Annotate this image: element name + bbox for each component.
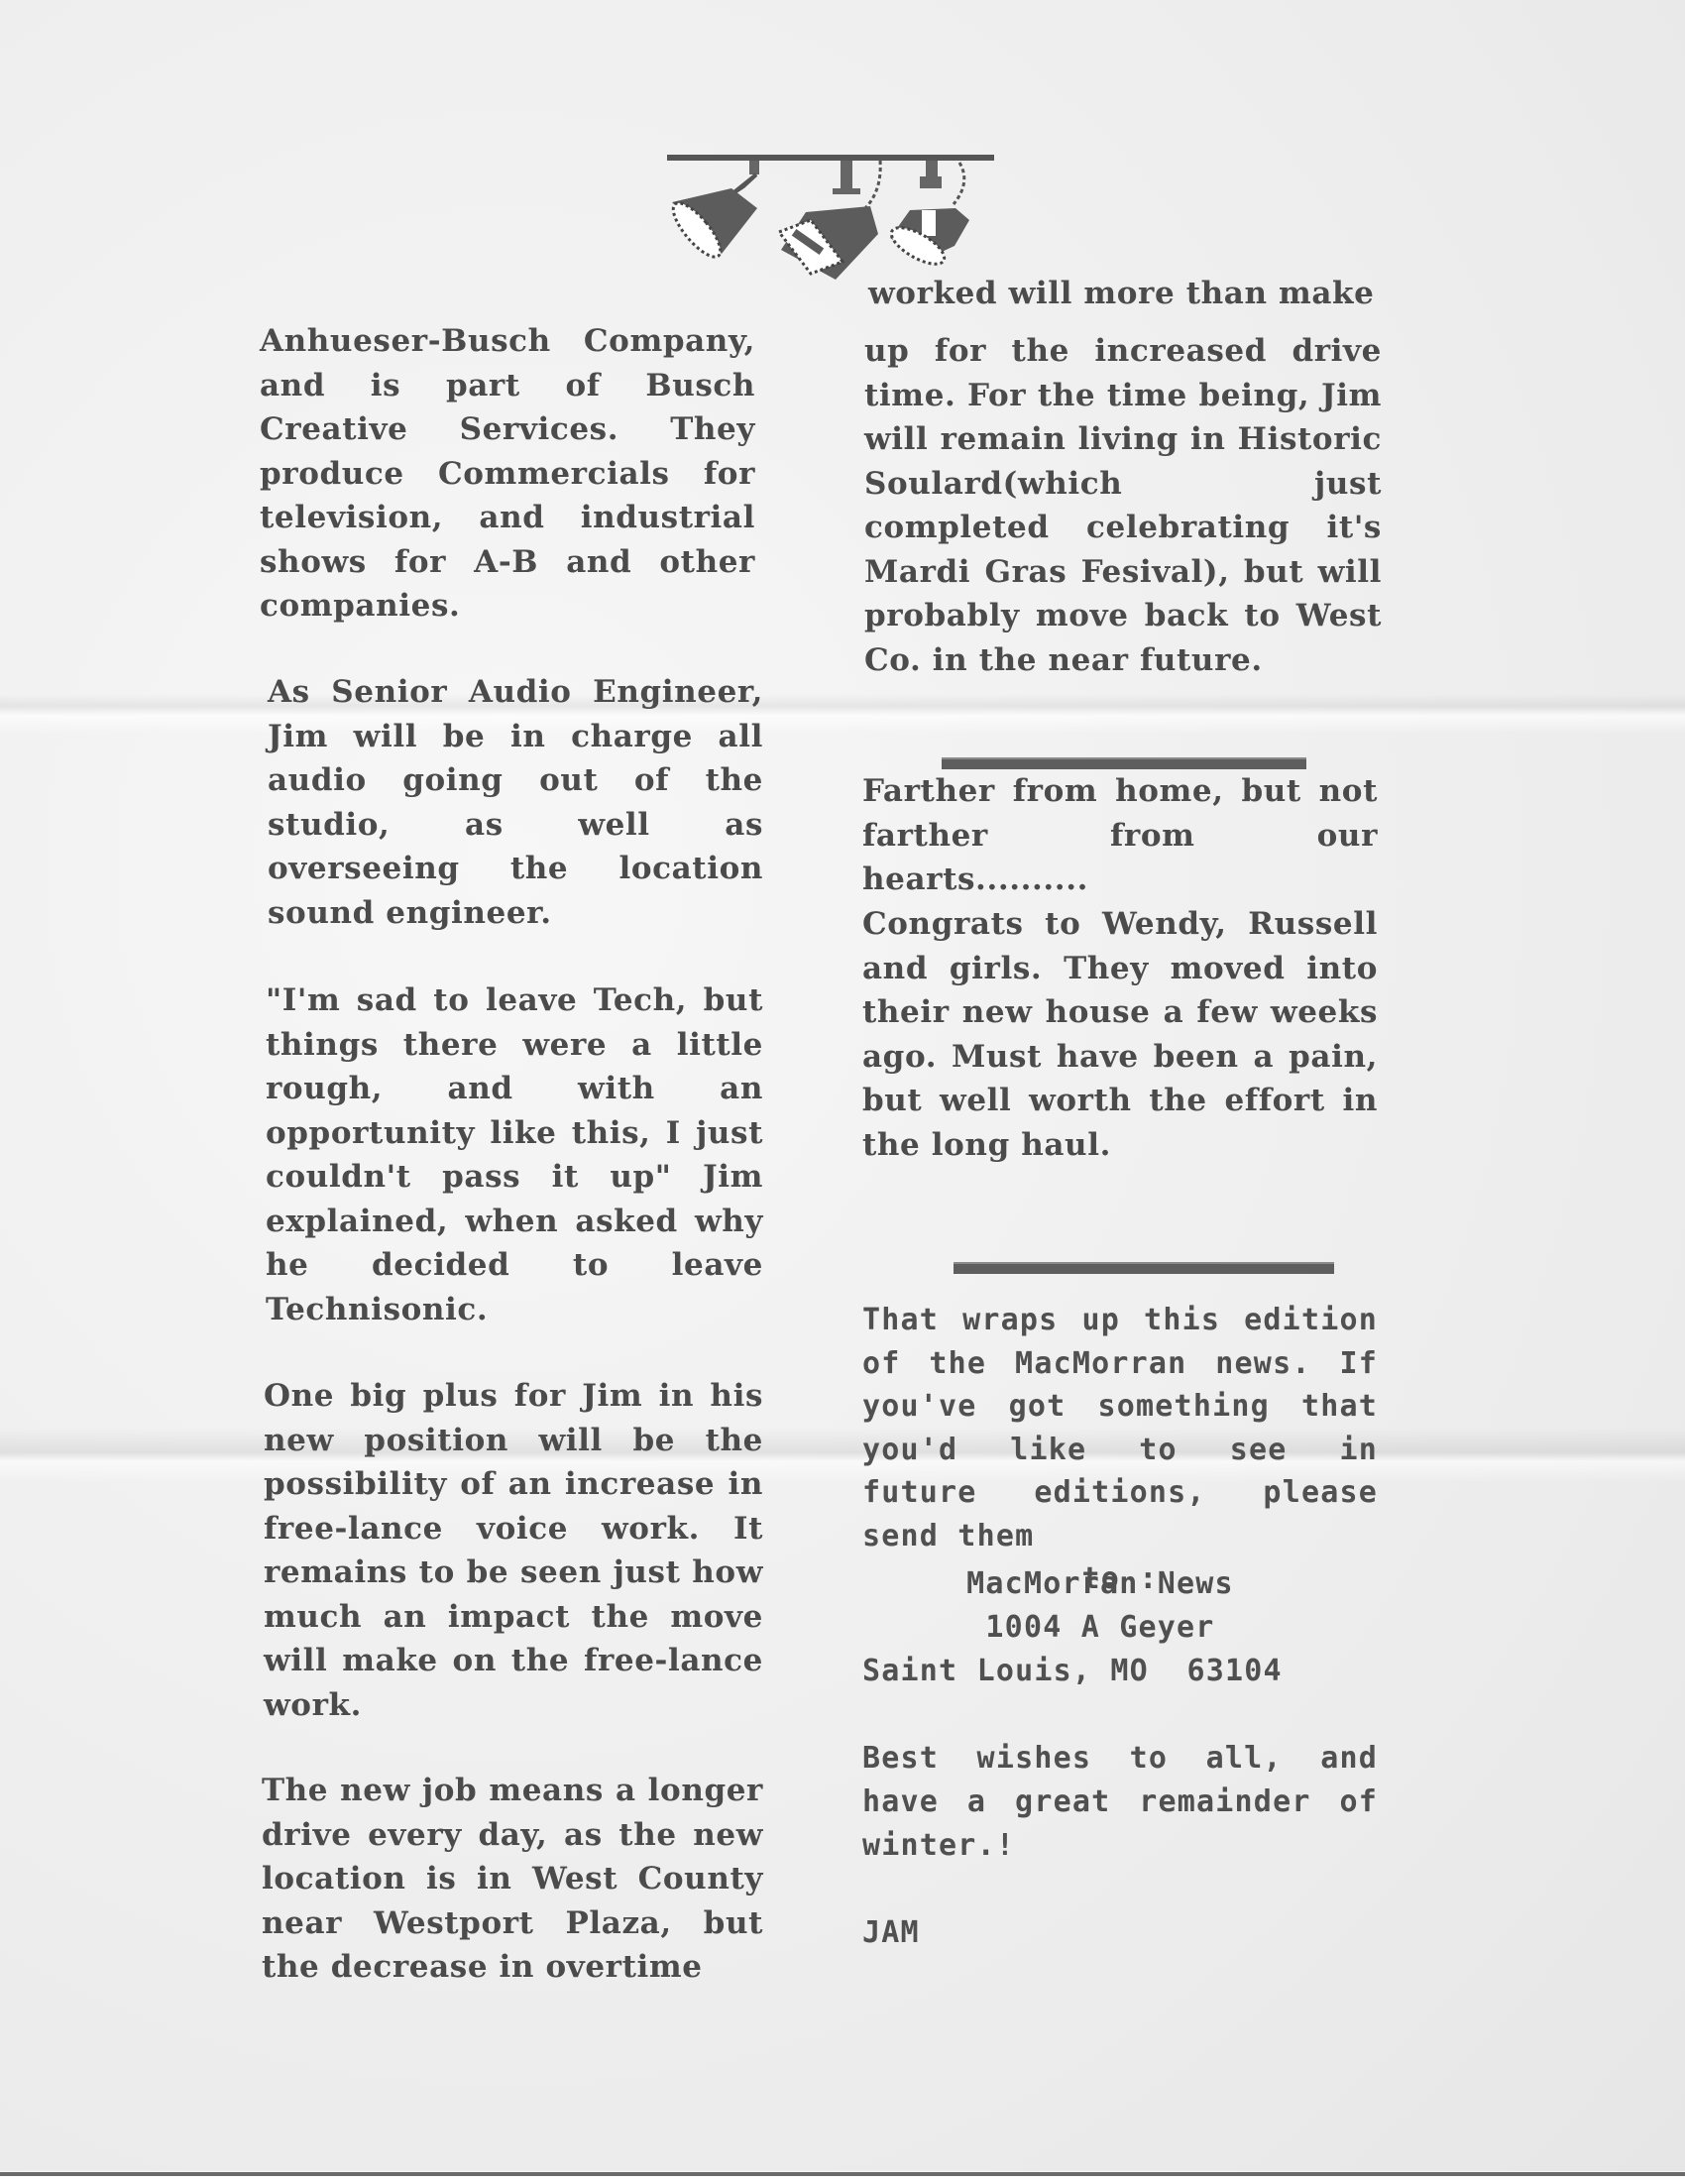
left-paragraph-1: Anhueser-Busch Company, and is part of B…	[260, 319, 755, 629]
left-paragraph-4: One big plus for Jim in his new position…	[264, 1374, 763, 1727]
mailing-address: MacMorran News 1004 A Geyer Saint Louis,…	[862, 1562, 1378, 1693]
left-paragraph-3: "I'm sad to leave Tech, but things there…	[266, 978, 763, 1331]
address-line-3: Saint Louis, MO 63104	[862, 1650, 1378, 1693]
section-heading-farther-from-home: Farther from home, but not farther from …	[862, 769, 1378, 902]
best-wishes: Best wishes to all, and have a great rem…	[862, 1737, 1378, 1868]
signature: JAM	[862, 1911, 1061, 1955]
left-paragraph-5: The new job means a longer drive every d…	[262, 1769, 763, 1990]
closing-paragraph: That wraps up this edition of the MacMor…	[862, 1299, 1378, 1601]
section-divider-rule	[954, 1262, 1334, 1274]
scanner-bed	[0, 2176, 1685, 2184]
address-line-1: MacMorran News	[862, 1562, 1378, 1606]
track-lighting-icon	[662, 151, 999, 280]
address-line-2: 1004 A Geyer	[862, 1606, 1378, 1650]
section-body-congrats: Congrats to Wendy, Russell and girls. Th…	[862, 902, 1378, 1167]
right-continuation-first-line: worked will more than make	[868, 272, 1382, 316]
right-paragraph-continuation: up for the increased drive time. For the…	[864, 329, 1382, 682]
paper-background	[0, 0, 1685, 2171]
section-divider-rule	[942, 757, 1306, 769]
left-paragraph-2: As Senior Audio Engineer, Jim will be in…	[268, 670, 763, 935]
